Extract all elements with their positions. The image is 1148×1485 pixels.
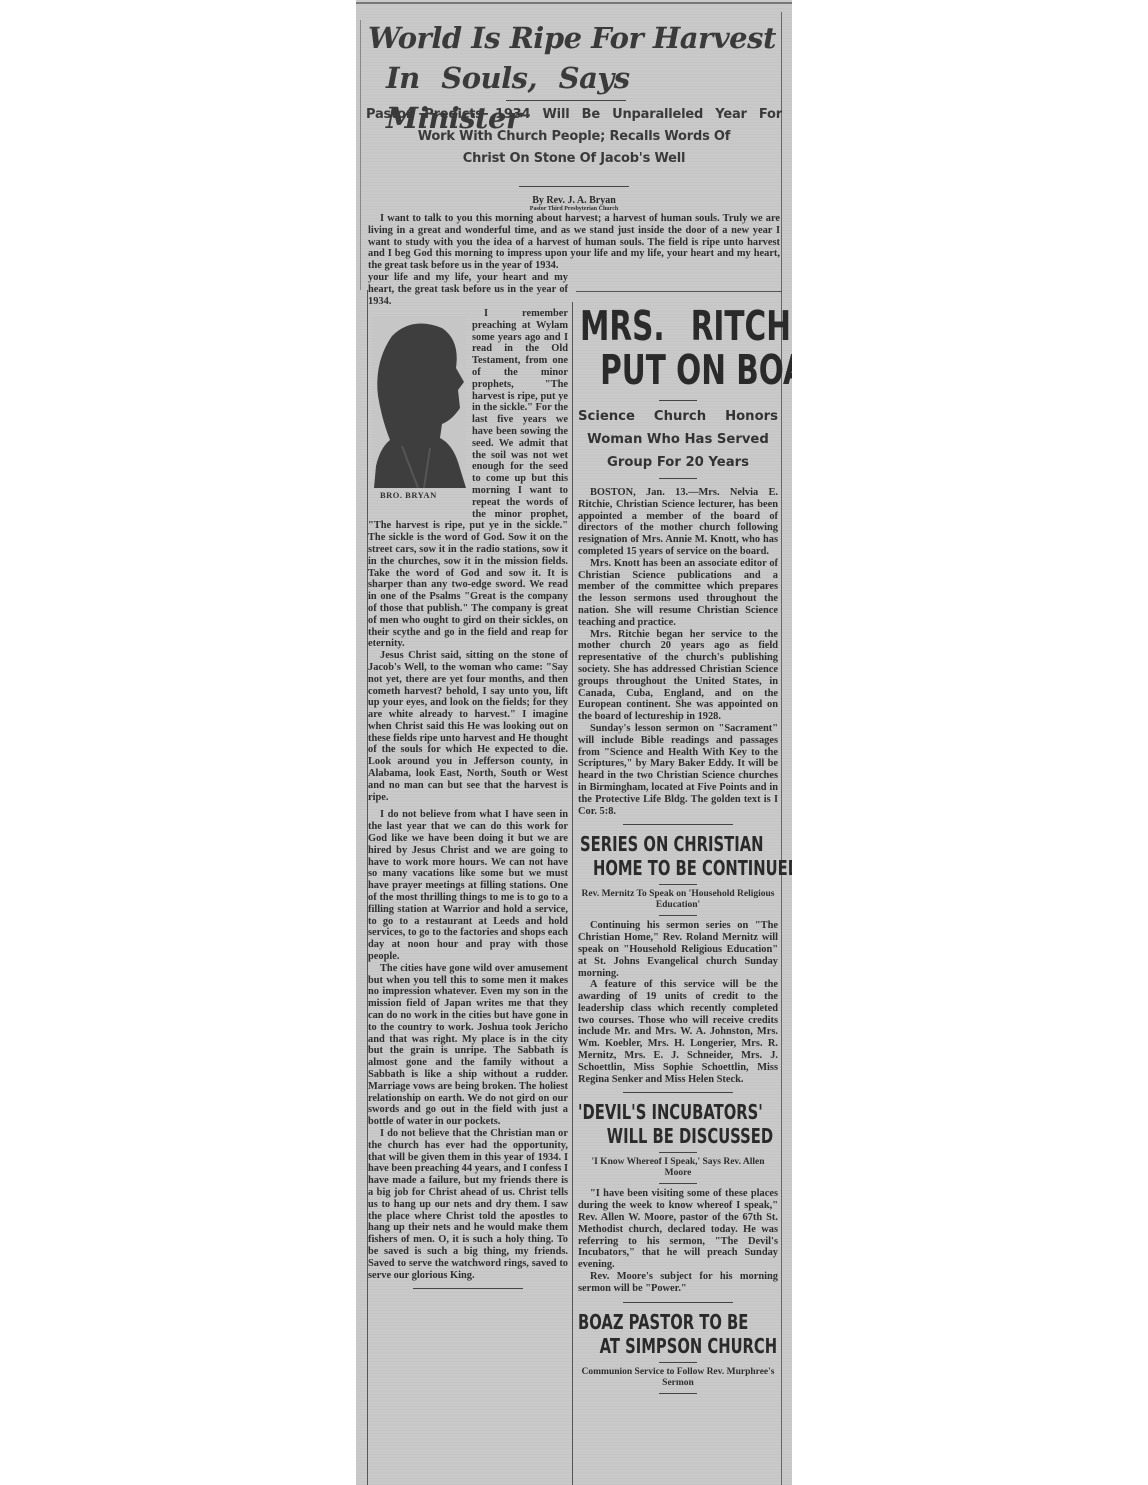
boaz-rule (659, 1362, 697, 1363)
devils-headline-line1: 'DEVIL'S INCUBATORS' (578, 1100, 722, 1124)
devils-headline-line2: WILL BE DISCUSSED (578, 1124, 722, 1148)
right-border-rule (781, 12, 782, 1485)
ritchie-paragraph: Mrs. Knott has been an associate editor … (578, 558, 778, 629)
ritchie-deck-line3: Group For 20 Years (578, 451, 778, 474)
byline-title: Pastor Third Presbyterian Church (356, 206, 792, 213)
series-deck: Rev. Mernitz To Speak on 'Household Reli… (578, 889, 778, 911)
portrait-caption: BRO. BRYAN (380, 490, 437, 502)
ritchie-headline: MRS. RITCHIE PUT ON BOARD (580, 304, 723, 392)
left-border-rule-top (360, 20, 361, 290)
ritchie-paragraph: BOSTON, Jan. 13.—Mrs. Nelvia E. Ritchie,… (578, 487, 778, 558)
boaz-headline-line2: AT SIMPSON CHURCH (578, 1334, 722, 1358)
devils-rule-2 (659, 1183, 697, 1184)
ritchie-end-rule (623, 824, 733, 825)
series-headline-line2: HOME TO BE CONTINUED (580, 856, 723, 880)
devils-body: "I have been visiting some of these plac… (578, 1188, 778, 1294)
devils-headline: 'DEVIL'S INCUBATORS' WILL BE DISCUSSED (578, 1100, 722, 1148)
ritchie-paragraph: Sunday's lesson sermon on "Sacrament" wi… (578, 723, 778, 817)
main-intro-tail: your life and my life, your heart and my… (368, 272, 568, 308)
devils-rule (659, 1152, 697, 1153)
devils-paragraph: Rev. Moore's subject for his morning ser… (578, 1271, 778, 1295)
portrait-block: BRO. BRYAN (366, 310, 466, 516)
main-paragraph: I do not believe from what I have seen i… (368, 809, 568, 962)
series-headline-line1: SERIES ON CHRISTIAN (580, 832, 723, 856)
main-deck-line1: Pastor Predicts 1934 Will Be Unparallele… (366, 104, 782, 126)
main-paragraph: Jesus Christ said, sitting on the stone … (368, 650, 568, 803)
boaz-headline-line1: BOAZ PASTOR TO BE (578, 1310, 722, 1334)
main-deck: Pastor Predicts 1934 Will Be Unparallele… (366, 104, 782, 170)
devils-deck: 'I Know Whereof I Speak,' Says Rev. Alle… (578, 1157, 778, 1179)
ritchie-headline-line2: PUT ON BOARD (580, 348, 723, 392)
series-paragraph: Continuing his sermon series on "The Chr… (578, 920, 778, 979)
series-end-rule (623, 1092, 733, 1093)
series-rule (659, 884, 697, 885)
boaz-rule-2 (659, 1393, 697, 1394)
ritchie-body: BOSTON, Jan. 13.—Mrs. Nelvia E. Ritchie,… (578, 487, 778, 817)
ritchie-deck-line1: Science Church Honors (578, 405, 778, 428)
byline: By Rev. J. A. Bryan (356, 195, 792, 206)
main-paragraph: The cities have gone wild over amusement… (368, 963, 568, 1128)
series-rule-2 (659, 915, 697, 916)
ritchie-paragraph: Mrs. Ritchie began her service to the mo… (578, 629, 778, 723)
portrait-photo (372, 316, 466, 488)
boaz-headline: BOAZ PASTOR TO BE AT SIMPSON CHURCH (578, 1310, 722, 1358)
series-body: Continuing his sermon series on "The Chr… (578, 920, 778, 1085)
ritchie-deck-line2: Woman Who Has Served (578, 428, 778, 451)
series-paragraph: A feature of this service will be the aw… (578, 979, 778, 1085)
ritchie-deck: Science Church Honors Woman Who Has Serv… (578, 405, 778, 474)
main-article-column: your life and my life, your heart and my… (368, 272, 568, 1296)
series-headline: SERIES ON CHRISTIAN HOME TO BE CONTINUED (580, 832, 723, 880)
main-paragraph: I do not believe that the Christian man … (368, 1128, 568, 1281)
boaz-deck: Communion Service to Follow Rev. Murphre… (578, 1367, 778, 1389)
column-divider (572, 302, 573, 1485)
main-deck-line2: Work With Church People; Recalls Words O… (366, 126, 782, 148)
main-intro: I want to talk to you this morning about… (368, 213, 780, 271)
right-column: MRS. RITCHIE PUT ON BOARD Science Church… (578, 304, 778, 1398)
main-headline-line1: World Is Ripe For Harvest (368, 18, 778, 58)
ritchie-rule (659, 400, 697, 401)
newspaper-clipping: World Is Ripe For Harvest In Souls, Says… (356, 0, 792, 1485)
main-intro-paragraph: I want to talk to you this morning about… (368, 213, 780, 271)
main-end-rule (413, 1288, 523, 1289)
ritchie-rule-2 (659, 478, 697, 479)
devils-end-rule (623, 1302, 733, 1303)
top-border-rule (356, 2, 792, 4)
byline-block: By Rev. J. A. Bryan Pastor Third Presbyt… (356, 186, 792, 213)
headline-rule (506, 100, 626, 101)
ritchie-headline-line1: MRS. RITCHIE (580, 304, 723, 348)
right-column-top-rule (576, 291, 782, 292)
byline-rule (519, 186, 629, 187)
devils-paragraph: "I have been visiting some of these plac… (578, 1188, 778, 1271)
main-deck-line3: Christ On Stone Of Jacob's Well (366, 148, 782, 170)
